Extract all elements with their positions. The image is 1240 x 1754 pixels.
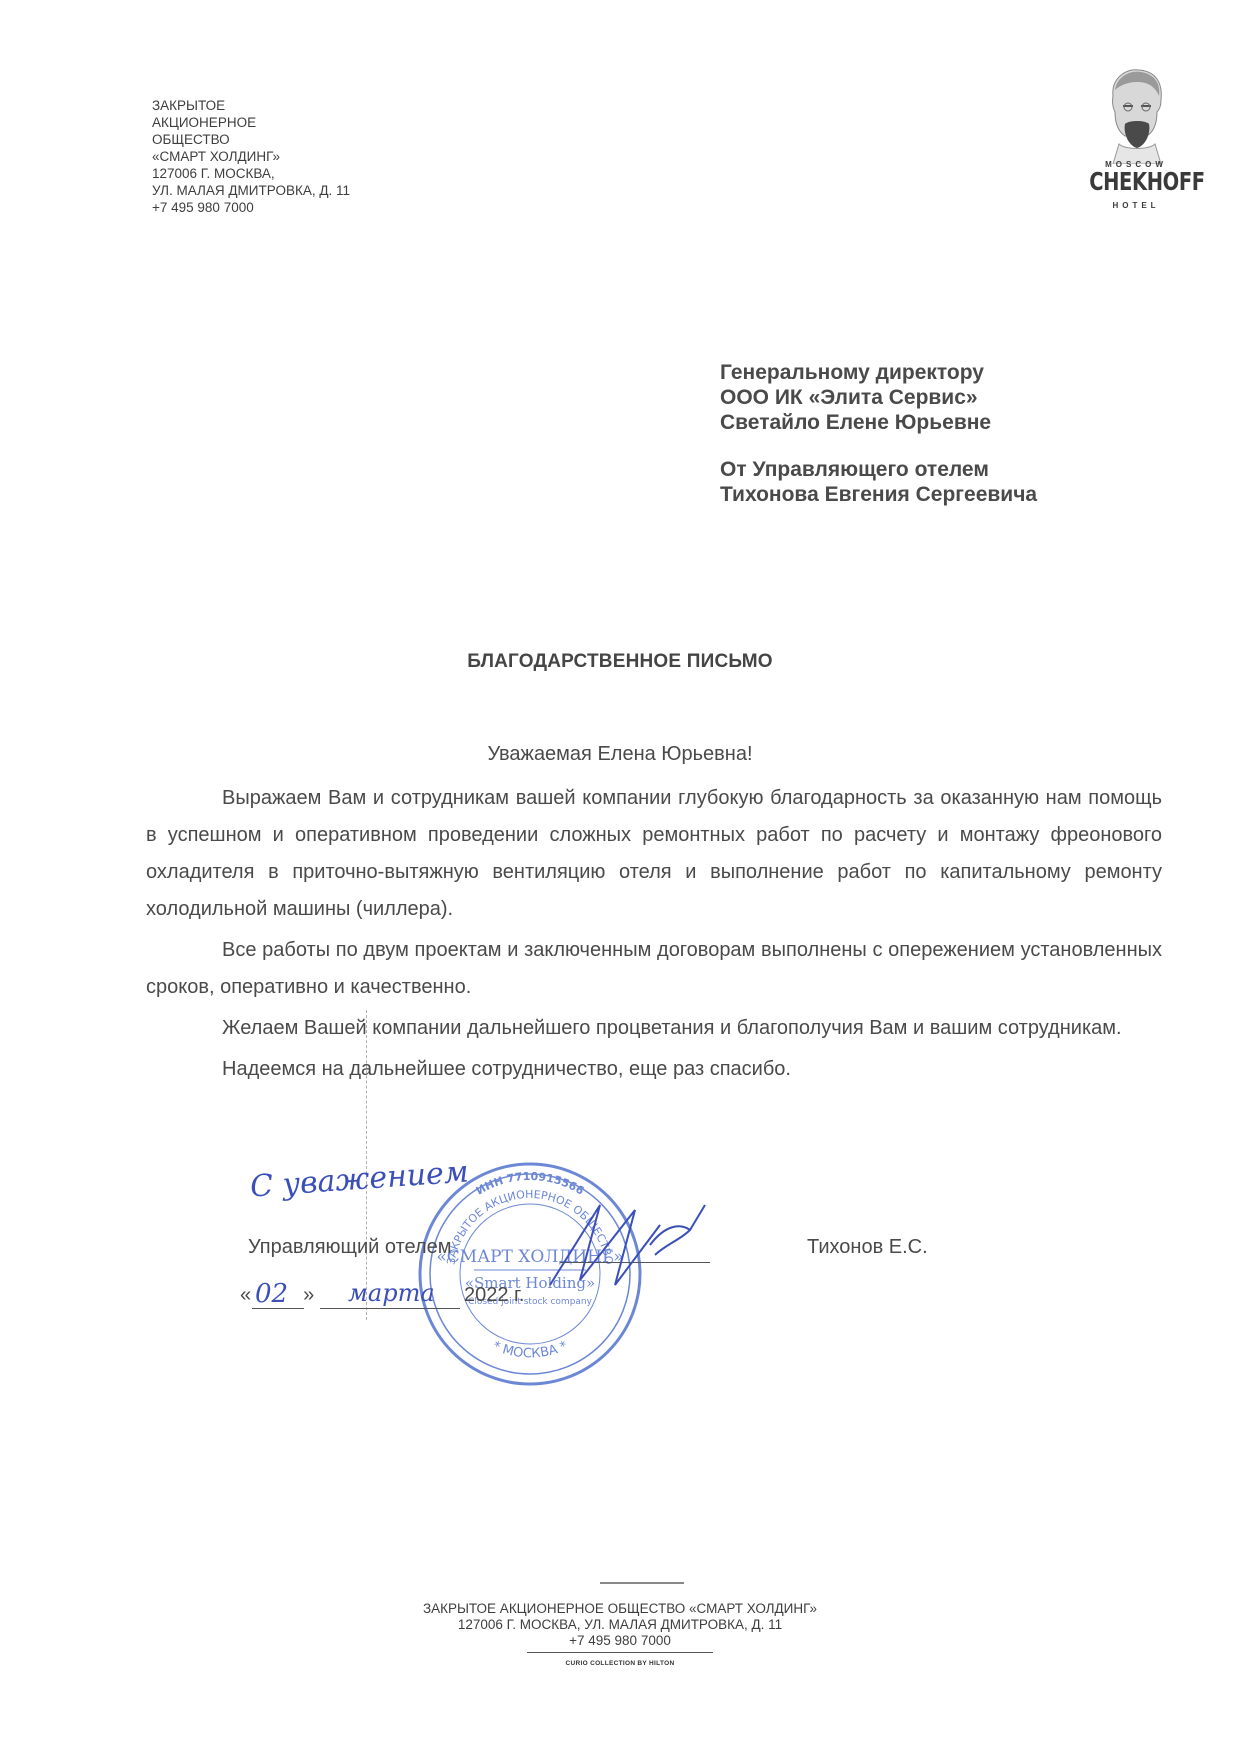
footer-divider: [600, 1582, 684, 1584]
letterhead-line: АКЦИОНЕРНОЕ: [152, 114, 350, 131]
footer-collection: CURIO COLLECTION BY HILTON: [0, 1656, 1240, 1672]
handwritten-day: 02: [255, 1279, 288, 1309]
logo-hotel: HOTEL: [1076, 201, 1196, 210]
letter-body: Выражаем Вам и сотрудникам вашей компани…: [146, 780, 1162, 1088]
signature-scribble: [540, 1185, 710, 1305]
body-paragraph: Надеемся на дальнейшее сотрудничество, е…: [146, 1051, 1162, 1088]
date-year: 2022 г.: [464, 1284, 524, 1307]
letterhead-line: «СМАРТ ХОЛДИНГ»: [152, 148, 350, 165]
chekhoff-hotel-logo: MOSCOW CHEKHOFF HOTEL: [1076, 66, 1196, 210]
footer-company: ЗАКРЫТОЕ АКЦИОНЕРНОЕ ОБЩЕСТВО «СМАРТ ХОЛ…: [0, 1601, 1240, 1617]
recipient-name: Светайло Елене Юрьевне: [720, 410, 1037, 435]
body-paragraph: Желаем Вашей компании дальнейшего процве…: [146, 1010, 1162, 1047]
salutation: Уважаемая Елена Юрьевна!: [0, 743, 1240, 766]
body-paragraph: Выражаем Вам и сотрудникам вашей компани…: [146, 780, 1162, 928]
letterhead-phone: +7 495 980 7000: [152, 199, 350, 216]
recipient-title: Генеральному директору: [720, 360, 1037, 385]
date-open-quote: «: [240, 1284, 251, 1306]
date-month-line: [320, 1308, 460, 1309]
sender-name: Тихонова Евгения Сергеевича: [720, 482, 1037, 507]
recipient-company: ООО ИК «Элита Сервис»: [720, 385, 1037, 410]
portrait-icon: [1095, 66, 1177, 164]
letterhead-line: ЗАКРЫТОЕ: [152, 97, 350, 114]
handwritten-month: марта: [348, 1279, 435, 1307]
logo-brand: CHEKHOFF: [1089, 169, 1183, 195]
signatory-name: Тихонов Е.С.: [807, 1236, 928, 1259]
addressee-block: Генеральному директору ООО ИК «Элита Сер…: [720, 360, 1037, 507]
body-paragraph: Все работы по двум проектам и заключенны…: [146, 932, 1162, 1006]
letterhead-line: УЛ. МАЛАЯ ДМИТРОВКА, Д. 11: [152, 182, 350, 199]
sender-title: От Управляющего отелем: [720, 457, 1037, 482]
footer-phone: +7 495 980 7000: [527, 1633, 713, 1653]
company-letterhead: ЗАКРЫТОЕ АКЦИОНЕРНОЕ ОБЩЕСТВО «СМАРТ ХОЛ…: [152, 97, 350, 216]
date-close-quote: »: [303, 1284, 314, 1306]
svg-text:* МОСКВА *: * МОСКВА *: [490, 1338, 570, 1361]
letterhead-line: 127006 Г. МОСКВА,: [152, 165, 350, 182]
signatory-role: Управляющий отелем: [248, 1236, 452, 1259]
letterhead-line: ОБЩЕСТВО: [152, 131, 350, 148]
footer-address: 127006 Г. МОСКВА, УЛ. МАЛАЯ ДМИТРОВКА, Д…: [0, 1617, 1240, 1633]
document-title: БЛАГОДАРСТВЕННОЕ ПИСЬМО: [0, 651, 1240, 673]
footer: ЗАКРЫТОЕ АКЦИОНЕРНОЕ ОБЩЕСТВО «СМАРТ ХОЛ…: [0, 1601, 1240, 1672]
